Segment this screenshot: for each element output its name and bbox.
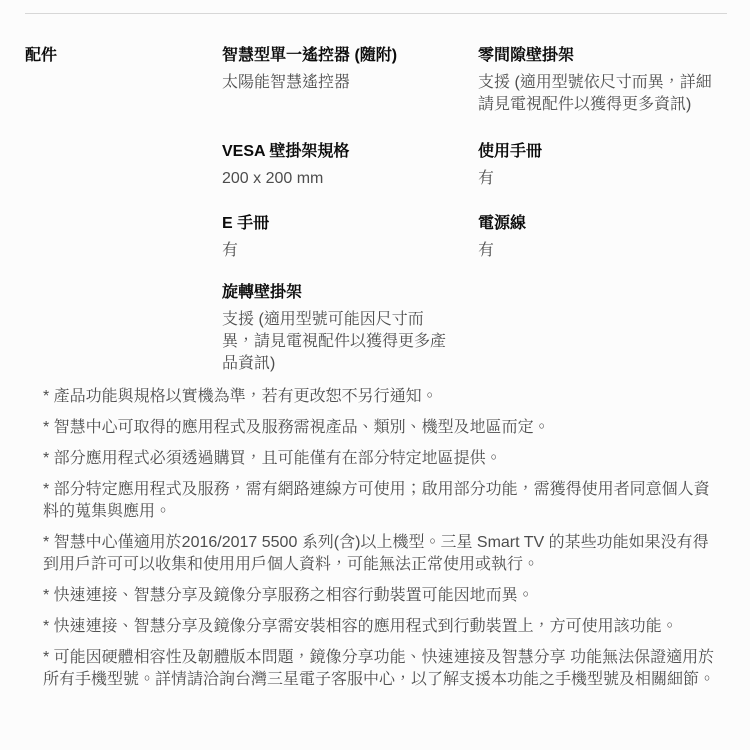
spec-item-label: 使用手冊 — [478, 141, 725, 162]
spec-item-rotating-wall-mount: 旋轉壁掛架 支援 (適用型號可能因尺寸而異，請見電視配件以獲得更多產品資訊) — [222, 282, 478, 375]
spec-item-label: VESA 壁掛架規格 — [222, 141, 452, 162]
spec-item-value: 有 — [478, 168, 725, 190]
spec-item-value: 支援 (適用型號依尺寸而異，詳細請見電視配件以獲得更多資訊) — [478, 72, 725, 116]
spec-item-label: 零間隙壁掛架 — [478, 45, 725, 66]
spec-item-label: 旋轉壁掛架 — [222, 282, 452, 303]
spec-item-value: 有 — [478, 240, 725, 262]
spec-item-value: 200 x 200 mm — [222, 168, 452, 190]
spec-item-value: 有 — [222, 240, 452, 262]
category-label-accessories: 配件 — [25, 45, 222, 141]
spec-item-vesa-wall-mount: VESA 壁掛架規格 200 x 200 mm — [222, 141, 478, 213]
spec-item-user-manual: 使用手冊 有 — [478, 141, 725, 213]
footnote-item: * 智慧中心可取得的應用程式及服務需視產品、類別、機型及地區而定。 — [43, 417, 715, 439]
spec-item-label: E 手冊 — [222, 213, 452, 234]
footnote-item: * 部分應用程式必須透過購買，且可能僅有在部分特定地區提供。 — [43, 448, 715, 470]
spec-item-label: 智慧型單一遙控器 (隨附) — [222, 45, 452, 66]
spec-item-power-cable: 電源線 有 — [478, 213, 725, 282]
footnotes-section: * 產品功能與規格以實機為準，若有更改恕不另行通知。 * 智慧中心可取得的應用程… — [43, 386, 715, 700]
spec-item-label: 電源線 — [478, 213, 725, 234]
spec-item-value: 支援 (適用型號可能因尺寸而異，請見電視配件以獲得更多產品資訊) — [222, 309, 452, 375]
spec-item-value: 太陽能智慧遙控器 — [222, 72, 452, 94]
footnote-item: * 快速連接、智慧分享及鏡像分享服務之相容行動裝置可能因地而異。 — [43, 585, 715, 607]
spec-page: 配件 智慧型單一遙控器 (隨附) 太陽能智慧遙控器 零間隙壁掛架 支援 (適用型… — [0, 0, 750, 750]
footnote-item: * 可能因硬體相容性及韌體版本問題，鏡像分享功能、快速連接及智慧分享 功能無法保… — [43, 647, 715, 691]
spec-item-e-manual: E 手冊 有 — [222, 213, 478, 282]
footnote-item: * 快速連接、智慧分享及鏡像分享需安裝相容的應用程式到行動裝置上，方可使用該功能… — [43, 616, 715, 638]
section-divider — [25, 13, 727, 14]
spec-item-no-gap-wall-mount: 零間隙壁掛架 支援 (適用型號依尺寸而異，詳細請見電視配件以獲得更多資訊) — [478, 45, 725, 141]
footnote-item: * 智慧中心僅適用於2016/2017 5500 系列(含)以上機型。三星 Sm… — [43, 532, 715, 576]
footnote-item: * 產品功能與規格以實機為準，若有更改恕不另行通知。 — [43, 386, 715, 408]
spec-item-smart-remote: 智慧型單一遙控器 (隨附) 太陽能智慧遙控器 — [222, 45, 478, 141]
footnote-item: * 部分特定應用程式及服務，需有網路連線方可使用；啟用部分功能，需獲得使用者同意… — [43, 479, 715, 523]
accessories-spec-section: 配件 智慧型單一遙控器 (隨附) 太陽能智慧遙控器 零間隙壁掛架 支援 (適用型… — [25, 45, 725, 375]
